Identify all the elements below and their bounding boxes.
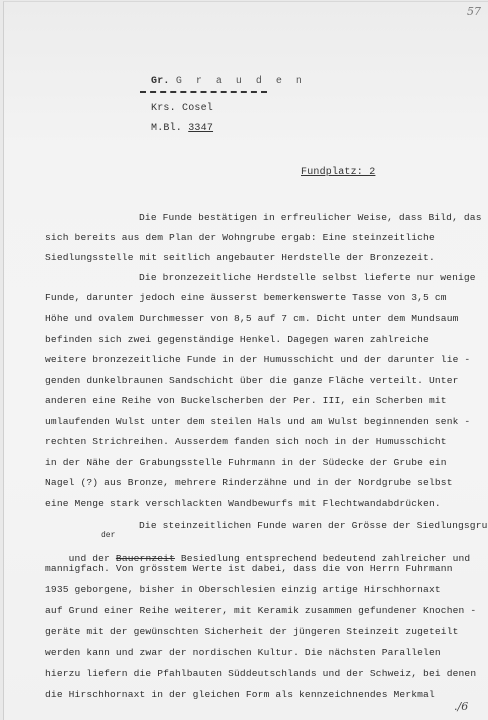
- text-line: Siedlungsstelle mit seitlich angebauter …: [45, 252, 435, 263]
- corrected-before: und der: [69, 553, 116, 564]
- dashed-underline: [140, 91, 267, 93]
- text-line: weitere bronzezeitliche Funde in der Hum…: [45, 354, 470, 365]
- text-line: Höhe und ovalem Durchmesser von 8,5 auf …: [45, 313, 459, 324]
- text-line: sich bereits aus dem Plan der Wohngrube …: [45, 232, 435, 243]
- text-line: Die Funde bestätigen in erfreulicher Wei…: [139, 212, 482, 223]
- text-line: anderen eine Reihe von Buckelscherben de…: [45, 395, 447, 406]
- text-line: in der Nähe der Grabungsstelle Fuhrmann …: [45, 457, 447, 468]
- text-line: eine Menge stark verschlackten Wandbewur…: [45, 498, 441, 509]
- inserted-correction: der: [101, 531, 115, 540]
- text-line: geräte mit der gewünschten Sicherheit de…: [45, 626, 459, 637]
- map-sheet-number: 3347: [188, 123, 213, 134]
- page-number: 57: [467, 5, 481, 18]
- text-line: rechten Strichreihen. Ausserdem fanden s…: [45, 436, 447, 447]
- corrected-after: Besiedlung entsprechend bedeutend zahlre…: [175, 553, 470, 564]
- text-line: Nagel (?) aus Bronze, mehrere Rinderzähn…: [45, 477, 453, 488]
- fundplatz-heading: Fundplatz: 2: [301, 167, 375, 178]
- text-line: befinden sich zwei gegenständige Henkel.…: [45, 334, 429, 345]
- text-line: die Hirschhornaxt in der gleichen Form a…: [45, 689, 435, 700]
- place-name: G r a u d e n: [176, 76, 306, 87]
- district-label: Krs. Cosel: [151, 103, 213, 114]
- text-line: Funde, darunter jedoch eine äusserst bem…: [45, 292, 447, 303]
- text-line: Die steinzeitlichen Funde waren der Grös…: [139, 520, 488, 531]
- text-line: hierzu liefern die Pfahlbauten Süddeutsc…: [45, 668, 476, 679]
- map-sheet: M.Bl. 3347: [151, 123, 213, 134]
- place-prefix: Gr.: [151, 76, 170, 87]
- text-line: werden kann und zwar der nordischen Kult…: [45, 647, 441, 658]
- text-line: Die bronzezeitliche Herdstelle selbst li…: [139, 272, 476, 283]
- text-line: umlaufenden Wulst unter dem steilen Hals…: [45, 416, 470, 427]
- text-line: genden dunkelbraunen Sandschicht über di…: [45, 375, 459, 386]
- text-line: auf Grund einer Reihe weiterer, mit Kera…: [45, 605, 476, 616]
- struck-word: Bauernzeit: [116, 553, 175, 564]
- place-heading: Gr. G r a u d e n: [151, 76, 306, 87]
- map-sheet-label: M.Bl.: [151, 123, 182, 134]
- document-page: 57 Gr. G r a u d e n Krs. Cosel M.Bl. 33…: [3, 1, 488, 720]
- continuation-mark: ./6: [454, 700, 468, 713]
- text-line: 1935 geborgene, bisher in Oberschlesien …: [45, 584, 441, 595]
- corrected-text-line: und der Bauernzeit Besiedlung entspreche…: [45, 542, 470, 575]
